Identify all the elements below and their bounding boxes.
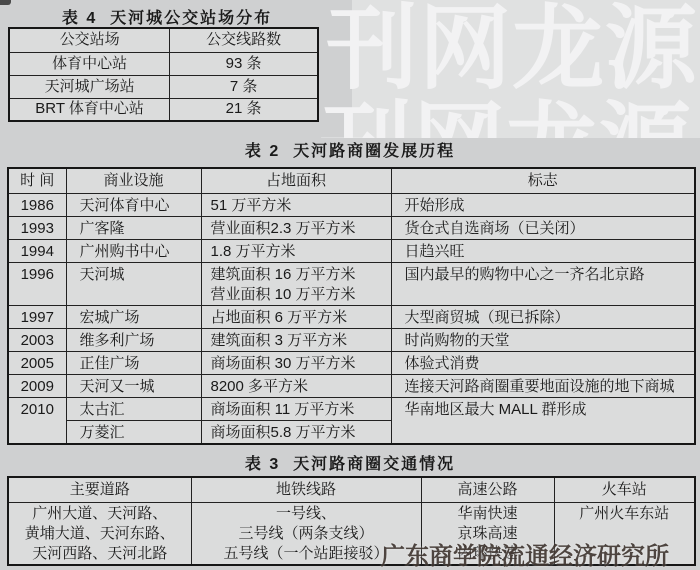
area-line: 营业面积 10 万平方米 [211, 285, 391, 305]
table-row: 1994广州购书中心1.8 万平方米日趋兴旺 [8, 239, 695, 262]
mark-cell: 开始形成 [391, 193, 695, 216]
area-cell: 1.8 万平方米 [201, 239, 391, 262]
year-cell: 1993 [8, 216, 66, 239]
cell-line: 广州大道、天河路、 [9, 504, 191, 524]
cell-line: 黄埔大道、天河东路、 [9, 524, 191, 544]
column-header: 标志 [391, 168, 695, 193]
facility-cell: 太古汇 [66, 397, 201, 420]
area-line: 占地面积 6 万平方米 [211, 308, 391, 328]
mark-cell: 货仓式自选商场（已关闭） [391, 216, 695, 239]
column-header: 公交线路数 [170, 28, 318, 52]
area-cell: 8200 多平方米 [201, 374, 391, 397]
area-cell: 商场面积5.8 万平方米 [201, 420, 391, 444]
table-row: 1996天河城建筑面积 16 万平方米营业面积 10 万平方米国内最早的购物中心… [8, 262, 695, 305]
facility-cell: 天河体育中心 [66, 193, 201, 216]
scanned-document-page: 刊网龙源 刊网龙源 表 4 天河城公交站场分布 公交站场公交线路数体育中心站93… [0, 0, 700, 570]
area-cell: 营业面积2.3 万平方米 [201, 216, 391, 239]
line-count-cell: 93 条 [170, 52, 318, 75]
area-line: 建筑面积 16 万平方米 [211, 265, 391, 285]
year-cell: 2009 [8, 374, 66, 397]
area-line: 商场面积5.8 万平方米 [211, 423, 391, 443]
roads-cell: 广州大道、天河路、黄埔大道、天河东路、天河西路、天河北路 [8, 502, 191, 565]
table-row: 2005正佳广场商场面积 30 万平方米体验式消费 [8, 351, 695, 374]
mark-cell: 时尚购物的天堂 [391, 328, 695, 351]
station-cell: 天河城广场站 [9, 75, 170, 98]
column-header: 商业设施 [66, 168, 201, 193]
mark-cell: 连接天河路商圈重要地面设施的地下商城 [391, 374, 695, 397]
cell-line: 一号线、 [192, 504, 421, 524]
header-row: 公交站场公交线路数 [9, 28, 318, 52]
table2-title: 表 2 天河路商圈发展历程 [0, 138, 700, 161]
facility-cell: 广州购书中心 [66, 239, 201, 262]
area-cell: 商场面积 30 万平方米 [201, 351, 391, 374]
table-row: 2010太古汇商场面积 11 万平方米华南地区最大 MALL 群形成 [8, 397, 695, 420]
table-row: BRT 体育中心站21 条 [9, 98, 318, 121]
column-header: 占地面积 [201, 168, 391, 193]
area-line: 1.8 万平方米 [211, 242, 391, 262]
facility-cell: 正佳广场 [66, 351, 201, 374]
header-row: 时 间商业设施占地面积标志 [8, 168, 695, 193]
year-cell: 2003 [8, 328, 66, 351]
table4-title: 表 4 天河城公交站场分布 [8, 5, 326, 28]
area-cell: 建筑面积 3 万平方米 [201, 328, 391, 351]
year-cell: 1997 [8, 305, 66, 328]
year-cell: 2010 [8, 397, 66, 444]
scan-light-region [352, 0, 700, 138]
cell-line: 广州火车东站 [555, 504, 695, 524]
table-row: 1993广客隆营业面积2.3 万平方米货仓式自选商场（已关闭） [8, 216, 695, 239]
year-cell: 1994 [8, 239, 66, 262]
area-cell: 建筑面积 16 万平方米营业面积 10 万平方米 [201, 262, 391, 305]
column-header: 主要道路 [8, 477, 191, 502]
mark-cell: 华南地区最大 MALL 群形成 [391, 397, 695, 444]
table-row: 2003维多利广场建筑面积 3 万平方米时尚购物的天堂 [8, 328, 695, 351]
table-row: 2009天河又一城8200 多平方米连接天河路商圈重要地面设施的地下商城 [8, 374, 695, 397]
station-cell: BRT 体育中心站 [9, 98, 170, 121]
column-header: 时 间 [8, 168, 66, 193]
facility-cell: 宏城广场 [66, 305, 201, 328]
table3-title: 表 3 天河路商圈交通情况 [0, 451, 700, 474]
year-cell: 1996 [8, 262, 66, 305]
development-history-table: 时 间商业设施占地面积标志1986天河体育中心51 万平方米开始形成1993广客… [7, 167, 696, 445]
header-row: 主要道路地铁线路高速公路火车站 [8, 477, 695, 502]
facility-cell: 天河城 [66, 262, 201, 305]
table-row: 1997宏城广场占地面积 6 万平方米大型商贸城（现已拆除） [8, 305, 695, 328]
year-cell: 1986 [8, 193, 66, 216]
area-line: 商场面积 30 万平方米 [211, 354, 391, 374]
area-line: 建筑面积 3 万平方米 [211, 331, 391, 351]
area-line: 商场面积 11 万平方米 [211, 400, 391, 420]
area-line: 51 万平方米 [211, 196, 391, 216]
column-header: 地铁线路 [191, 477, 421, 502]
table-row: 天河城广场站7 条 [9, 75, 318, 98]
mark-cell: 大型商贸城（现已拆除） [391, 305, 695, 328]
column-header: 高速公路 [421, 477, 554, 502]
facility-cell: 广客隆 [66, 216, 201, 239]
watermark-institute: 广东商学院流通经济研究所 [381, 536, 669, 570]
line-count-cell: 7 条 [170, 75, 318, 98]
mark-cell: 国内最早的购物中心之一齐名北京路 [391, 262, 695, 305]
area-line: 营业面积2.3 万平方米 [211, 219, 391, 239]
facility-cell: 天河又一城 [66, 374, 201, 397]
facility-cell: 万菱汇 [66, 420, 201, 444]
area-line: 8200 多平方米 [211, 377, 391, 397]
area-cell: 占地面积 6 万平方米 [201, 305, 391, 328]
facility-cell: 维多利广场 [66, 328, 201, 351]
bus-station-table: 公交站场公交线路数体育中心站93 条天河城广场站7 条BRT 体育中心站21 条 [8, 27, 319, 122]
column-header: 公交站场 [9, 28, 170, 52]
column-header: 火车站 [554, 477, 695, 502]
year-cell: 2005 [8, 351, 66, 374]
mark-cell: 日趋兴旺 [391, 239, 695, 262]
cell-line: 天河西路、天河北路 [9, 544, 191, 564]
cell-line: 华南快速 [422, 504, 554, 524]
table-row: 体育中心站93 条 [9, 52, 318, 75]
mark-cell: 体验式消费 [391, 351, 695, 374]
area-cell: 51 万平方米 [201, 193, 391, 216]
station-cell: 体育中心站 [9, 52, 170, 75]
line-count-cell: 21 条 [170, 98, 318, 121]
table-row: 1986天河体育中心51 万平方米开始形成 [8, 193, 695, 216]
area-cell: 商场面积 11 万平方米 [201, 397, 391, 420]
